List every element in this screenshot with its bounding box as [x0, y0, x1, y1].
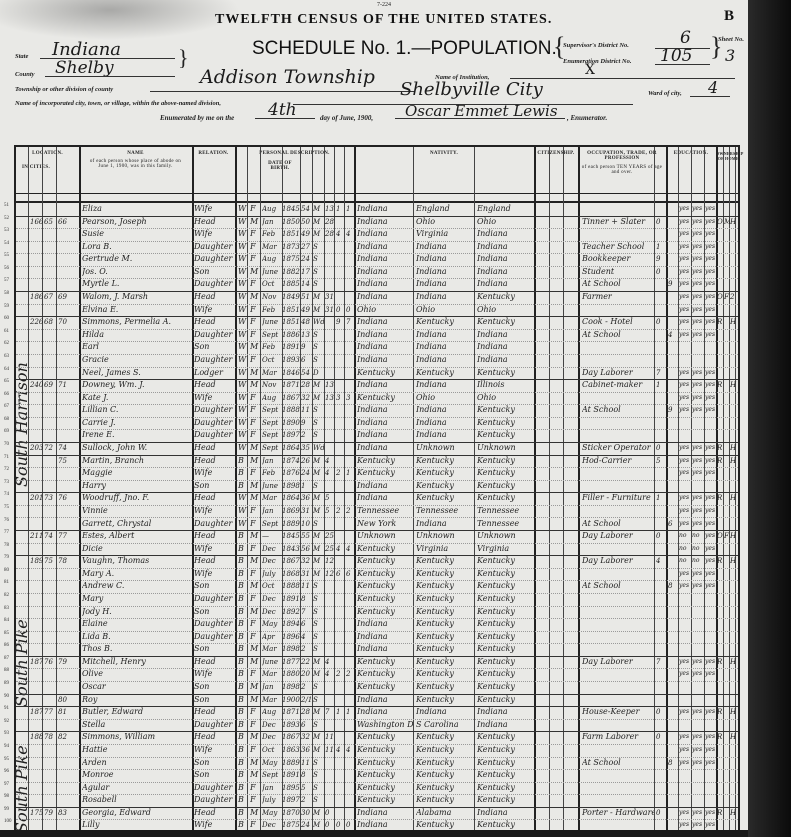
race: W	[238, 241, 247, 253]
months-unemployed: 0	[656, 530, 666, 542]
relation: Daughter	[194, 782, 234, 794]
can-read: yes	[679, 656, 691, 668]
table-row: 71 75 Martin, Branch Head B M Jan 1874 2…	[16, 455, 738, 469]
can-read: yes	[679, 744, 691, 756]
can-read: yes	[679, 568, 691, 580]
mother-birthplace: Kentucky	[477, 606, 534, 618]
family-number: 77	[58, 530, 78, 542]
farm-or-house: H	[730, 807, 737, 819]
can-write: yes	[692, 744, 704, 756]
marital-status: S	[313, 782, 324, 794]
can-read: yes	[679, 266, 691, 278]
speaks-english: yes	[705, 668, 716, 680]
mother-birthplace: Indiana	[477, 807, 534, 819]
relation: Son	[194, 643, 234, 655]
scan-edge	[748, 0, 791, 837]
birthplace: Kentucky	[357, 731, 413, 743]
can-read: yes	[679, 442, 691, 454]
children-born: 0	[336, 304, 344, 316]
marital-status: M	[313, 455, 324, 467]
line-number: 77	[4, 530, 9, 535]
birth-year: 1886	[282, 329, 300, 341]
can-write: yes	[692, 807, 704, 819]
can-read: yes	[679, 291, 691, 303]
state-value: Indiana	[52, 39, 121, 60]
relation: Daughter	[194, 794, 234, 806]
race: W	[238, 316, 247, 328]
children-born: 3	[336, 392, 344, 404]
age: 35	[301, 442, 312, 454]
age: 1	[301, 480, 312, 492]
table-row: 62 Earl Son W M Feb 1891 9 S Indiana Ind…	[16, 341, 738, 355]
enumerator-label: , Enumerator.	[567, 114, 607, 122]
census-title: TWELFTH CENSUS OF THE UNITED STATES.	[215, 12, 552, 28]
years-married: 28	[325, 216, 334, 228]
birth-year: 1880	[282, 668, 300, 680]
occupation: Sticker Operator	[582, 442, 654, 454]
farm-or-house: H	[730, 555, 737, 567]
person-name: Monroe	[82, 769, 190, 781]
person-name: Arden	[82, 757, 190, 769]
birth-year: 1897	[282, 429, 300, 441]
father-birthplace: Indiana	[416, 518, 473, 530]
speaks-english: yes	[705, 228, 716, 240]
birth-month: Mar	[262, 643, 282, 655]
family-number: 70	[58, 316, 78, 328]
person-name: Pearson, Joseph	[82, 216, 190, 228]
age: 28	[301, 379, 312, 391]
can-read: yes	[679, 492, 691, 504]
speaks-english: yes	[705, 807, 716, 819]
person-name: Andrew C.	[82, 580, 190, 592]
birthplace: Kentucky	[357, 392, 413, 404]
relation: Head	[194, 706, 234, 718]
can-write: yes	[692, 379, 704, 391]
table-row: 58 186 67 69 Walom, J. Marsh Head W M No…	[16, 291, 738, 305]
marital-status: M	[313, 304, 324, 316]
mother-birthplace: Kentucky	[477, 492, 534, 504]
months-school: 8	[668, 580, 678, 592]
father-birthplace: Kentucky	[416, 618, 473, 630]
children-born: 0	[336, 819, 344, 830]
children-living: 4	[346, 543, 354, 555]
table-row: 83 Jody H. Son B M Dec 1892 7 S Kentucky…	[16, 606, 738, 620]
race: W	[238, 492, 247, 504]
birth-month: Aug	[262, 203, 282, 215]
children-living: 4	[346, 744, 354, 756]
months-unemployed: 0	[656, 442, 666, 454]
birth-year: 1897	[282, 794, 300, 806]
sex: M	[250, 379, 259, 391]
line-number: 78	[4, 543, 9, 548]
sex: F	[250, 329, 259, 341]
dwelling-number: 78	[44, 731, 58, 743]
children-living: 7	[346, 316, 354, 328]
months-unemployed: 0	[656, 266, 666, 278]
birth-month: Mar	[262, 668, 282, 680]
birth-year: 1851	[282, 304, 300, 316]
father-birthplace: Indiana	[416, 341, 473, 353]
name-header: NAME	[79, 151, 192, 156]
farm-or-house: H	[730, 216, 737, 228]
age: 11	[301, 580, 312, 592]
birth-month: Feb	[262, 467, 282, 479]
birth-month: Apr	[262, 631, 282, 643]
mother-birthplace: Kentucky	[477, 417, 534, 429]
table-row: 85 Lida B. Daughter B F Apr 1896 4 S Ind…	[16, 631, 738, 645]
race: W	[238, 341, 247, 353]
birthplace: Indiana	[357, 241, 413, 253]
relation: Son	[194, 580, 234, 592]
speaks-english: yes	[705, 266, 716, 278]
person-name: Lillian C.	[82, 404, 190, 416]
age: 54	[301, 367, 312, 379]
speaks-english: yes	[705, 367, 716, 379]
dwelling-number: 69	[44, 379, 58, 391]
age: 2/12	[301, 694, 312, 706]
person-name: Jos. O.	[82, 266, 190, 278]
sex: F	[250, 417, 259, 429]
line-number: 91	[4, 706, 9, 711]
farm-or-house: H	[730, 731, 737, 743]
birthplace: Indiana	[357, 618, 413, 630]
person-name: Vinnie	[82, 505, 190, 517]
farm-or-house: H	[730, 455, 737, 467]
birth-year: 1867	[282, 392, 300, 404]
can-write: yes	[692, 518, 704, 530]
birth-month: Jan	[262, 216, 282, 228]
relation: Wife	[194, 467, 234, 479]
birth-month: Oct	[262, 354, 282, 366]
relation: Lodger	[194, 367, 234, 379]
relation: Son	[194, 266, 234, 278]
children-living: 2	[346, 505, 354, 517]
birth-month: Aug	[262, 253, 282, 265]
age: 26	[301, 455, 312, 467]
age: 32	[301, 555, 312, 567]
race: B	[238, 731, 247, 743]
race: B	[238, 769, 247, 781]
birth-month: Mar	[262, 694, 282, 706]
marital-status: S	[313, 580, 324, 592]
house-number: 188	[30, 731, 44, 743]
mother-birthplace: Unknown	[477, 442, 534, 454]
birthplace: Kentucky	[357, 656, 413, 668]
race: W	[238, 266, 247, 278]
months-school: 8	[668, 757, 678, 769]
can-read: yes	[679, 580, 691, 592]
table-row: 78 Dicie Wife B F Dec 1843 56 M 25 4 4 K…	[16, 543, 738, 557]
mother-birthplace: Kentucky	[477, 467, 534, 479]
occupation-header: OCCUPATION, TRADE, OR PROFESSION	[578, 151, 666, 161]
birth-month: Feb	[262, 228, 282, 240]
marital-status: S	[313, 518, 324, 530]
birth-month: Sept	[262, 329, 282, 341]
occupation-desc: of each person TEN YEARS of age and over…	[578, 165, 666, 175]
birthplace: Indiana	[357, 442, 413, 454]
marital-status: S	[313, 719, 324, 731]
table-row: 95 Arden Son B M May 1889 11 S Kentucky …	[16, 757, 738, 771]
can-read: yes	[679, 706, 691, 718]
marital-status: M	[313, 505, 324, 517]
table-row: 52 166 65 66 Pearson, Joseph Head W M Ja…	[16, 216, 738, 230]
can-read: yes	[679, 278, 691, 290]
birthplace: Indiana	[357, 278, 413, 290]
race: W	[238, 203, 247, 215]
house-number: 226	[30, 316, 44, 328]
marital-status: M	[313, 492, 324, 504]
father-birthplace: Kentucky	[416, 606, 473, 618]
person-name: Walom, J. Marsh	[82, 291, 190, 303]
race: B	[238, 568, 247, 580]
sex: F	[250, 429, 259, 441]
relation: Wife	[194, 543, 234, 555]
can-read: yes	[679, 241, 691, 253]
occupation: At School	[582, 757, 654, 769]
age: 24	[301, 819, 312, 830]
speaks-english: yes	[705, 455, 716, 467]
birthplace: Indiana	[357, 492, 413, 504]
dwelling-number: 76	[44, 656, 58, 668]
birth-year: 1888	[282, 404, 300, 416]
children-born: 4	[336, 228, 344, 240]
birthplace: Indiana	[357, 807, 413, 819]
years-married: 11	[325, 731, 334, 743]
race: B	[238, 668, 247, 680]
months-unemployed: 0	[656, 807, 666, 819]
age: 30	[301, 807, 312, 819]
occupation: Teacher School	[582, 241, 654, 253]
months-school: 6	[668, 518, 678, 530]
children-born: 4	[336, 744, 344, 756]
line-number: 69	[4, 429, 9, 434]
birthplace: Kentucky	[357, 606, 413, 618]
sex: F	[250, 744, 259, 756]
speaks-english: yes	[705, 241, 716, 253]
schedule-title: SCHEDULE No. 1.—POPULATION.	[252, 38, 557, 60]
age: 24	[301, 467, 312, 479]
birth-month: May	[262, 807, 282, 819]
birthplace: Kentucky	[357, 668, 413, 680]
birthplace: Kentucky	[357, 794, 413, 806]
father-birthplace: Kentucky	[416, 794, 473, 806]
person-name: Simmons, Permelia A.	[82, 316, 190, 328]
occupation: At School	[582, 329, 654, 341]
children-living: 1	[346, 706, 354, 718]
supervisor-label: Supervisor's District No.	[563, 42, 629, 49]
mother-birthplace: Kentucky	[477, 455, 534, 467]
age: 32	[301, 392, 312, 404]
can-write: yes	[692, 455, 704, 467]
race: B	[238, 555, 247, 567]
months-unemployed: 1	[656, 492, 666, 504]
sex: F	[250, 505, 259, 517]
can-read: yes	[679, 455, 691, 467]
family-number: 76	[58, 492, 78, 504]
months-unemployed: 1	[656, 241, 666, 253]
children-born: 9	[336, 316, 344, 328]
years-married: 5	[325, 492, 334, 504]
birth-month: Jan	[262, 455, 282, 467]
age: 14	[301, 278, 312, 290]
race: B	[238, 631, 247, 643]
birthplace: Kentucky	[357, 555, 413, 567]
children-living: 0	[346, 304, 354, 316]
occupation: Day Laborer	[582, 656, 654, 668]
race: W	[238, 417, 247, 429]
birthplace: Kentucky	[357, 367, 413, 379]
speaks-english: yes	[705, 203, 716, 215]
dwelling-number: 74	[44, 530, 58, 542]
birth-year: 1898	[282, 643, 300, 655]
marital-status: M	[313, 819, 324, 830]
can-write: yes	[692, 241, 704, 253]
line-number: 68	[4, 417, 9, 422]
father-birthplace: Kentucky	[416, 731, 473, 743]
table-row: 82 Mary Daughter B F Dec 1891 8 S Kentuc…	[16, 593, 738, 607]
can-read: yes	[679, 367, 691, 379]
birth-year: 1863	[282, 744, 300, 756]
relation: Son	[194, 480, 234, 492]
enumerator-line	[395, 118, 565, 119]
years-married: 0	[325, 819, 334, 830]
can-read: yes	[679, 253, 691, 265]
table-row: 93 188 78 82 Simmons, William Head B M D…	[16, 731, 738, 745]
mother-birthplace: Kentucky	[477, 568, 534, 580]
sex: M	[250, 455, 259, 467]
line-number: 53	[4, 228, 9, 233]
children-born: 4	[336, 543, 344, 555]
sex: F	[250, 203, 259, 215]
farm-or-house: H	[730, 442, 737, 454]
marital-status: M	[313, 656, 324, 668]
birthplace: Indiana	[357, 266, 413, 278]
speaks-english: yes	[705, 329, 716, 341]
line-number: 51	[4, 203, 9, 208]
mother-birthplace: Kentucky	[477, 404, 534, 416]
sex: M	[250, 530, 259, 542]
can-write: yes	[692, 819, 704, 830]
sex: M	[250, 216, 259, 228]
birthplace: Ohio	[357, 304, 413, 316]
relation: Head	[194, 379, 234, 391]
sex: M	[250, 580, 259, 592]
person-name: Irene E.	[82, 429, 190, 441]
race: B	[238, 618, 247, 630]
mother-birthplace: Kentucky	[477, 593, 534, 605]
birthplace: Indiana	[357, 228, 413, 240]
line-number: 56	[4, 266, 9, 271]
years-married: 12	[325, 568, 334, 580]
age: 49	[301, 304, 312, 316]
birthplace: Indiana	[357, 203, 413, 215]
birth-month: Dec	[262, 819, 282, 830]
line-number: 75	[4, 505, 9, 510]
race: W	[238, 253, 247, 265]
months-unemployed: 9	[656, 253, 666, 265]
house-number: 189	[30, 555, 44, 567]
mother-birthplace: Indiana	[477, 719, 534, 731]
marital-status: S	[313, 480, 324, 492]
occupation: Filler - Furniture	[582, 492, 654, 504]
line-number: 95	[4, 757, 9, 762]
race: W	[238, 278, 247, 290]
years-married: 11	[325, 744, 334, 756]
table-row: 94 Hattie Wife B F Oct 1863 36 M 11 4 4 …	[16, 744, 738, 758]
can-write: yes	[692, 216, 704, 228]
relation: Daughter	[194, 631, 234, 643]
sex: F	[250, 568, 259, 580]
can-write: yes	[692, 203, 704, 215]
birth-month: Feb	[262, 341, 282, 353]
can-read: yes	[679, 467, 691, 479]
location-header: LOCATION.	[16, 151, 79, 156]
birth-year: 1871	[282, 706, 300, 718]
birth-month: Nov	[262, 379, 282, 391]
age: 4	[301, 631, 312, 643]
years-married: 25	[325, 543, 334, 555]
table-row: 67 Lillian C. Daughter W F Sept 1888 11 …	[16, 404, 738, 418]
table-row: 97 Agular Daughter B F Jan 1895 5 S Kent…	[16, 782, 738, 796]
father-birthplace: Indiana	[416, 291, 473, 303]
table-row: 72 Maggie Wife B F Feb 1876 24 M 4 2 1 K…	[16, 467, 738, 481]
birth-year: 1867	[282, 731, 300, 743]
line-number: 61	[4, 329, 9, 334]
can-write: yes	[692, 656, 704, 668]
birthplace: New York	[357, 518, 413, 530]
race: W	[238, 442, 247, 454]
person-name: Lora B.	[82, 241, 190, 253]
birth-year: 1889	[282, 757, 300, 769]
ward-value: 4	[708, 78, 718, 97]
column-number-row	[16, 193, 738, 203]
age: 8	[301, 769, 312, 781]
line-number: 98	[4, 794, 9, 799]
relation: Daughter	[194, 429, 234, 441]
father-birthplace: Indiana	[416, 241, 473, 253]
occupation: At School	[582, 580, 654, 592]
dwelling-number: 79	[44, 807, 58, 819]
speaks-english: yes	[705, 731, 716, 743]
birth-month: Dec	[262, 593, 282, 605]
table-row: 54 Lora B. Daughter W F Mar 1873 27 S In…	[16, 241, 738, 255]
relation: Daughter	[194, 278, 234, 290]
relation: Head	[194, 455, 234, 467]
age: 6	[301, 618, 312, 630]
race: B	[238, 656, 247, 668]
mother-birthplace: Kentucky	[477, 580, 534, 592]
father-birthplace: Virginia	[416, 543, 473, 555]
father-birthplace: Kentucky	[416, 316, 473, 328]
person-name: Stella	[82, 719, 190, 731]
birth-year: 1871	[282, 379, 300, 391]
relation: Son	[194, 606, 234, 618]
marital-status: S	[313, 794, 324, 806]
father-birthplace: Kentucky	[416, 580, 473, 592]
birthplace: Indiana	[357, 291, 413, 303]
relation: Head	[194, 216, 234, 228]
birthplace: Washington DC	[357, 719, 413, 731]
county-line	[45, 76, 175, 77]
father-birthplace: Ohio	[416, 392, 473, 404]
birth-month: Sept	[262, 404, 282, 416]
line-number: 90	[4, 694, 9, 699]
race: B	[238, 706, 247, 718]
mother-birthplace: Indiana	[477, 241, 534, 253]
birth-year: 1891	[282, 341, 300, 353]
birth-header: DATE OF BIRTH.	[260, 161, 300, 171]
age: 55	[301, 530, 312, 542]
